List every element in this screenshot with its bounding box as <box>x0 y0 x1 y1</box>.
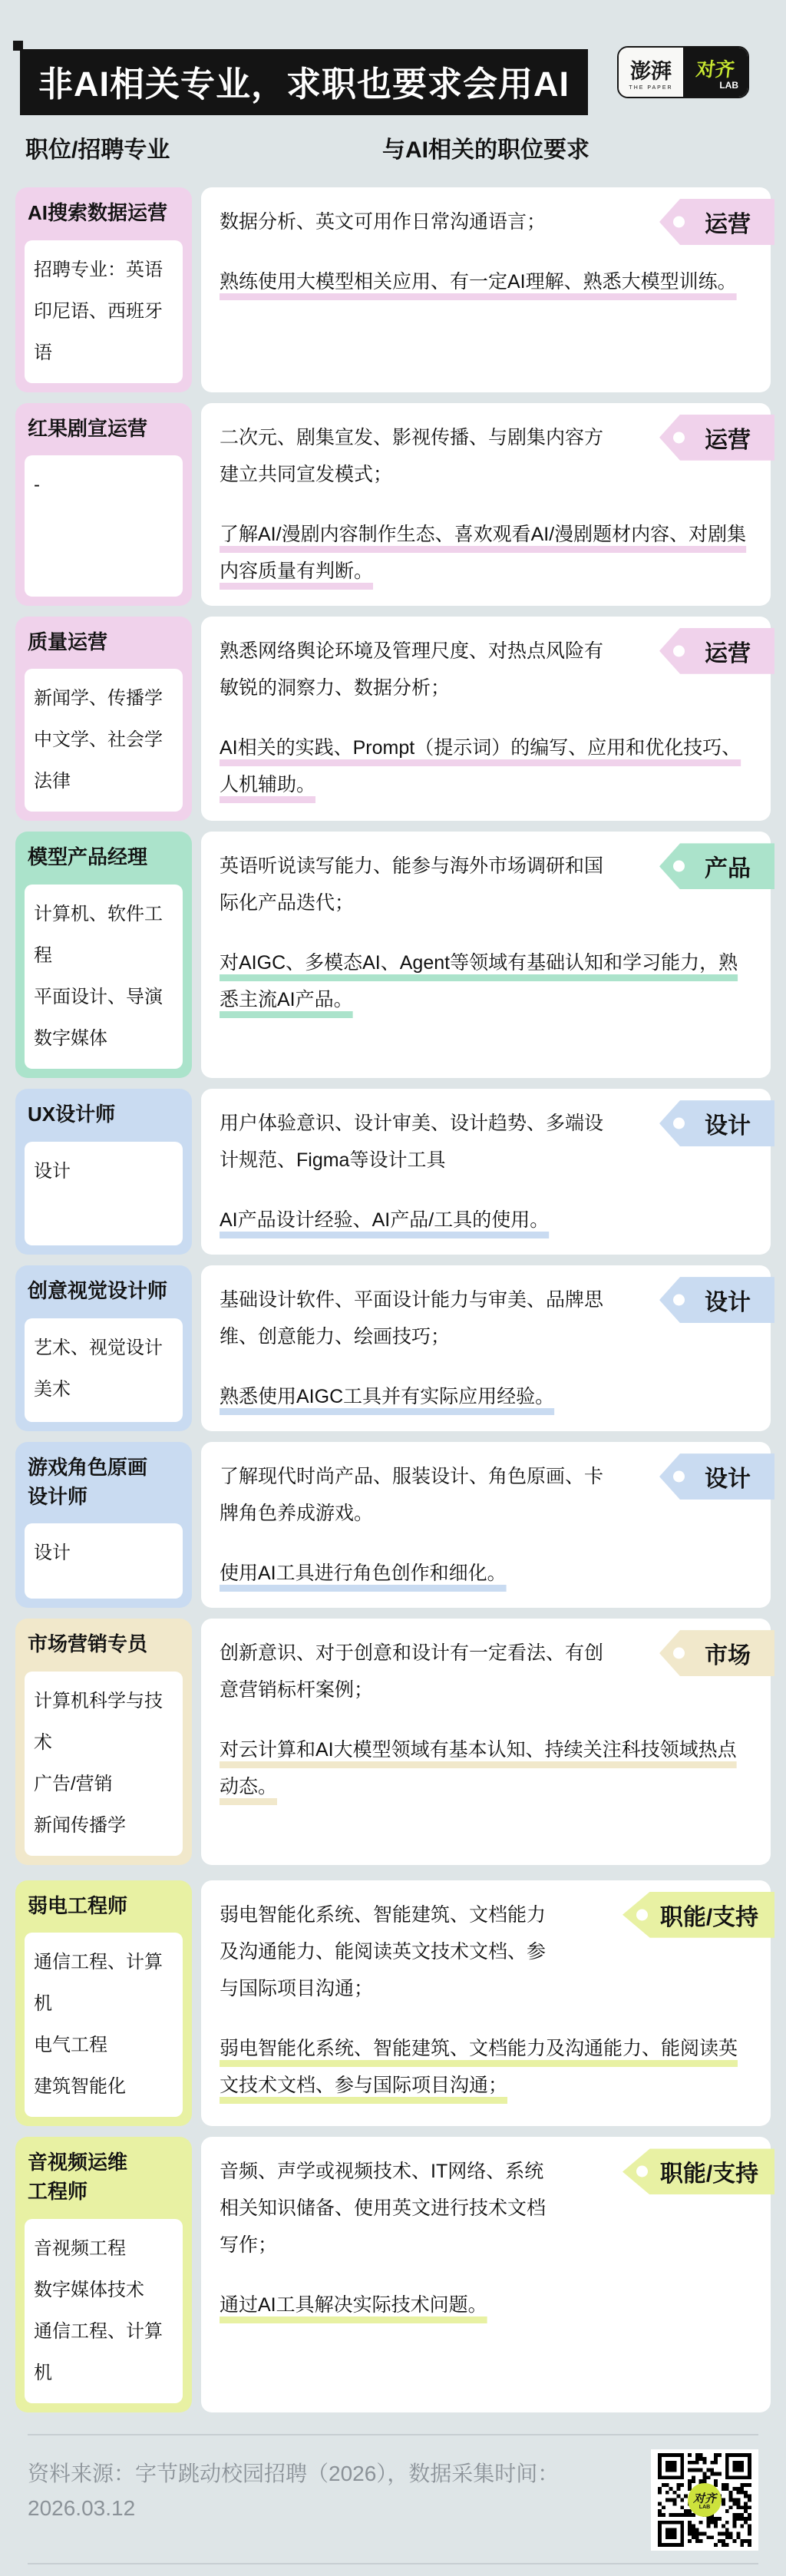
majors-list: 计算机科学与技术 广告/营销 新闻传播学 <box>34 1681 173 1847</box>
job-title: 模型产品经理 <box>28 843 180 872</box>
requirement-ai-highlighted: 熟练使用大模型相关应用、有一定AI理解、熟悉大模型训练。 <box>220 263 752 300</box>
logo-brand-subtext: THE PAPER <box>629 85 672 91</box>
job-title: 市场营销专员 <box>28 1630 180 1659</box>
thepaper-alignlab-logo: 澎湃 THE PAPER 对齐 LAB <box>617 46 749 98</box>
column-headers: 职位/招聘专业 与AI相关的职位要求 <box>15 131 771 164</box>
requirement-general: 用户体验意识、设计审美、设计趋势、多端设计规范、Figma等设计工具 <box>220 1105 614 1179</box>
job-title: AI搜索数据运营 <box>28 199 180 228</box>
job-card: 模型产品经理 计算机、软件工程 平面设计、导演 数字媒体 <box>15 832 192 1078</box>
logo-brand-text: 澎湃 <box>630 55 672 84</box>
requirements-card: 用户体验意识、设计审美、设计趋势、多端设计规范、Figma等设计工具 AI产品设… <box>201 1089 771 1255</box>
requirements-card: 音频、声学或视频技术、IT网络、系统相关知识储备、使用英文进行技术文档写作； 通… <box>201 2137 771 2412</box>
majors-list: 艺术、视觉设计 美术 <box>34 1328 173 1410</box>
job-row: 弱电工程师 通信工程、计算机 电气工程 建筑智能化 弱电智能化系统、智能建筑、文… <box>15 1880 771 2127</box>
title-bar: 非AI相关专业，求职也要求会用AI <box>20 49 588 115</box>
requirement-ai-highlighted: 对AIGC、多模态AI、Agent等领域有基础认知和学习能力，熟悉主流AI产品。 <box>220 944 752 1018</box>
category-tag-label: 职能/支持 <box>660 2154 758 2188</box>
footer: 资料来源：字节跳动校园招聘（2026），数据采集时间：2026.03.12 对齐… <box>15 2434 771 2564</box>
source-note: 资料来源：字节跳动校园招聘（2026），数据采集时间：2026.03.12 <box>28 2457 626 2526</box>
category-tag-label: 设计 <box>705 1460 751 1493</box>
requirements-card: 二次元、剧集宣发、影视传播、与剧集内容方建立共同宣发模式； 了解AI/漫剧内容制… <box>201 403 771 606</box>
job-row: UX设计师 设计 用户体验意识、设计审美、设计趋势、多端设计规范、Figma等设… <box>15 1089 771 1255</box>
logo-thepaper-half: 澎湃 THE PAPER <box>619 48 683 97</box>
qr-center-logo: 对齐 LAB <box>688 2483 722 2517</box>
requirement-general: 弱电智能化系统、智能建筑、文档能力及沟通能力、能阅读英文技术文档、参与国际项目沟… <box>220 1896 549 2007</box>
majors-box: 设计 <box>25 1523 183 1599</box>
job-card: UX设计师 设计 <box>15 1089 192 1255</box>
job-row: 市场营销专员 计算机科学与技术 广告/营销 新闻传播学 创新意识、对于创意和设计… <box>15 1619 771 1865</box>
requirement-general: 音频、声学或视频技术、IT网络、系统相关知识储备、使用英文进行技术文档写作； <box>220 2153 549 2264</box>
column-header-position: 职位/招聘专业 <box>15 131 201 164</box>
majors-box: 艺术、视觉设计 美术 <box>25 1318 183 1422</box>
requirement-general: 了解现代时尚产品、服装设计、角色原画、卡牌角色养成游戏。 <box>220 1458 614 1532</box>
majors-list: 设计 <box>34 1151 173 1192</box>
footer-row: 资料来源：字节跳动校园招聘（2026），数据采集时间：2026.03.12 对齐… <box>15 2435 771 2563</box>
infographic-page: 非AI相关专业，求职也要求会用AI 澎湃 THE PAPER 对齐 LAB 职位… <box>0 0 786 2576</box>
majors-list: 设计 <box>34 1533 173 1574</box>
category-tag: 产品 <box>659 843 774 889</box>
category-tag: 职能/支持 <box>623 2148 774 2194</box>
requirement-ai-highlighted: AI产品设计经验、AI产品/工具的使用。 <box>220 1202 752 1238</box>
requirements-card: 熟悉网络舆论环境及管理尺度、对热点风险有敏锐的洞察力、数据分析； AI相关的实践… <box>201 617 771 822</box>
category-tag: 设计 <box>659 1277 774 1323</box>
job-card: 创意视觉设计师 艺术、视觉设计 美术 <box>15 1265 192 1431</box>
majors-box: 音视频工程 数字媒体技术 通信工程、计算机 <box>25 2219 183 2403</box>
requirements-card: 基础设计软件、平面设计能力与审美、品牌思维、创意能力、绘画技巧； 熟悉使用AIG… <box>201 1265 771 1431</box>
job-row: 创意视觉设计师 艺术、视觉设计 美术 基础设计软件、平面设计能力与审美、品牌思维… <box>15 1265 771 1431</box>
requirement-ai-highlighted: 弱电智能化系统、智能建筑、文档能力及沟通能力、能阅读英文技术文档、参与国际项目沟… <box>220 2030 752 2104</box>
majors-box: - <box>25 455 183 596</box>
majors-list: 新闻学、传播学 中文学、社会学 法律 <box>34 678 173 802</box>
majors-list: 招聘专业：英语 印尼语、西班牙语 <box>34 250 173 374</box>
job-card: 质量运营 新闻学、传播学 中文学、社会学 法律 <box>15 617 192 822</box>
requirement-general: 熟悉网络舆论环境及管理尺度、对热点风险有敏锐的洞察力、数据分析； <box>220 633 614 706</box>
requirement-ai-highlighted: 对云计算和AI大模型领域有基本认知、持续关注科技领域热点动态。 <box>220 1731 752 1805</box>
requirement-general: 二次元、剧集宣发、影视传播、与剧集内容方建立共同宣发模式； <box>220 419 614 493</box>
job-row: 模型产品经理 计算机、软件工程 平面设计、导演 数字媒体 英语听说读写能力、能参… <box>15 832 771 1078</box>
requirement-ai-highlighted: 通过AI工具解决实际技术问题。 <box>220 2287 752 2323</box>
majors-list: - <box>34 465 173 506</box>
job-row: 游戏角色原画 设计师 设计 了解现代时尚产品、服装设计、角色原画、卡牌角色养成游… <box>15 1442 771 1608</box>
job-card: 弱电工程师 通信工程、计算机 电气工程 建筑智能化 <box>15 1880 192 2127</box>
logo-lab-text: 对齐 <box>695 55 736 82</box>
job-card: 市场营销专员 计算机科学与技术 广告/营销 新闻传播学 <box>15 1619 192 1865</box>
majors-box: 新闻学、传播学 中文学、社会学 法律 <box>25 669 183 812</box>
requirements-card: 创新意识、对于创意和设计有一定看法、有创意营销标杆案例； 对云计算和AI大模型领… <box>201 1619 771 1865</box>
requirement-ai-highlighted: 熟悉使用AIGC工具并有实际应用经验。 <box>220 1378 752 1415</box>
category-tag: 运营 <box>659 415 774 461</box>
job-row: 音视频运维 工程师 音视频工程 数字媒体技术 通信工程、计算机 音频、声学或视频… <box>15 2137 771 2412</box>
logo-lab-half: 对齐 LAB <box>683 48 748 97</box>
job-title: 弱电工程师 <box>28 1892 180 1921</box>
category-tag-label: 市场 <box>705 1636 751 1670</box>
category-tag-label: 运营 <box>705 421 751 455</box>
requirements-card: 数据分析、英文可用作日常沟通语言； 熟练使用大模型相关应用、有一定AI理解、熟悉… <box>201 187 771 392</box>
job-title: 质量运营 <box>28 628 180 657</box>
job-card: 游戏角色原画 设计师 设计 <box>15 1442 192 1608</box>
majors-box: 计算机科学与技术 广告/营销 新闻传播学 <box>25 1672 183 1856</box>
category-tag-label: 设计 <box>705 1106 751 1140</box>
category-tag: 运营 <box>659 199 774 245</box>
category-tag: 运营 <box>659 628 774 674</box>
requirements-card: 英语听说读写能力、能参与海外市场调研和国际化产品迭代； 对AIGC、多模态AI、… <box>201 832 771 1078</box>
category-tag-label: 职能/支持 <box>660 1898 758 1932</box>
majors-box: 计算机、软件工程 平面设计、导演 数字媒体 <box>25 885 183 1069</box>
category-tag-label: 设计 <box>705 1283 751 1317</box>
requirements-card: 弱电智能化系统、智能建筑、文档能力及沟通能力、能阅读英文技术文档、参与国际项目沟… <box>201 1880 771 2127</box>
column-header-requirements: 与AI相关的职位要求 <box>201 131 771 164</box>
category-tag: 职能/支持 <box>623 1892 774 1938</box>
job-title: 创意视觉设计师 <box>28 1277 180 1306</box>
requirement-general: 基础设计软件、平面设计能力与审美、品牌思维、创意能力、绘画技巧； <box>220 1281 614 1355</box>
requirements-card: 了解现代时尚产品、服装设计、角色原画、卡牌角色养成游戏。 使用AI工具进行角色创… <box>201 1442 771 1608</box>
job-title: 游戏角色原画 设计师 <box>28 1453 180 1511</box>
majors-list: 音视频工程 数字媒体技术 通信工程、计算机 <box>34 2228 173 2394</box>
requirement-ai-highlighted: AI相关的实践、Prompt（提示词）的编写、应用和优化技巧、人机辅助。 <box>220 729 752 803</box>
qr-code: 对齐 LAB <box>651 2449 758 2551</box>
job-rows: AI搜索数据运营 招聘专业：英语 印尼语、西班牙语 数据分析、英文可用作日常沟通… <box>15 187 771 2412</box>
job-row: 质量运营 新闻学、传播学 中文学、社会学 法律 熟悉网络舆论环境及管理尺度、对热… <box>15 617 771 822</box>
majors-box: 通信工程、计算机 电气工程 建筑智能化 <box>25 1933 183 2117</box>
majors-box: 设计 <box>25 1142 183 1245</box>
requirement-general: 英语听说读写能力、能参与海外市场调研和国际化产品迭代； <box>220 848 614 921</box>
majors-box: 招聘专业：英语 印尼语、西班牙语 <box>25 240 183 383</box>
header: 非AI相关专业，求职也要求会用AI 澎湃 THE PAPER 对齐 LAB <box>15 0 771 102</box>
requirement-ai-highlighted: 了解AI/漫剧内容制作生态、喜欢观看AI/漫剧题材内容、对剧集内容质量有判断。 <box>220 516 752 590</box>
category-tag: 设计 <box>659 1453 774 1500</box>
divider-bottom <box>28 2563 758 2564</box>
category-tag: 设计 <box>659 1100 774 1146</box>
majors-list: 计算机、软件工程 平面设计、导演 数字媒体 <box>34 894 173 1060</box>
category-tag-label: 运营 <box>705 634 751 668</box>
page-title: 非AI相关专业，求职也要求会用AI <box>38 56 570 106</box>
qr-logo-text: 对齐 <box>693 2490 716 2506</box>
job-card: 红果剧宣运营 - <box>15 403 192 606</box>
qr-logo-subtext: LAB <box>699 2505 710 2510</box>
job-row: AI搜索数据运营 招聘专业：英语 印尼语、西班牙语 数据分析、英文可用作日常沟通… <box>15 187 771 392</box>
requirement-general: 数据分析、英文可用作日常沟通语言； <box>220 203 614 240</box>
job-title: 音视频运维 工程师 <box>28 2148 180 2206</box>
job-title: UX设计师 <box>28 1100 180 1129</box>
category-tag-label: 产品 <box>705 849 751 883</box>
job-title: 红果剧宣运营 <box>28 415 180 444</box>
requirement-ai-highlighted: 使用AI工具进行角色创作和细化。 <box>220 1555 752 1592</box>
job-card: 音视频运维 工程师 音视频工程 数字媒体技术 通信工程、计算机 <box>15 2137 192 2412</box>
category-tag: 市场 <box>659 1630 774 1676</box>
category-tag-label: 运营 <box>705 205 751 239</box>
requirement-general: 创新意识、对于创意和设计有一定看法、有创意营销标杆案例； <box>220 1635 614 1708</box>
majors-list: 通信工程、计算机 电气工程 建筑智能化 <box>34 1942 173 2108</box>
job-row: 红果剧宣运营 - 二次元、剧集宣发、影视传播、与剧集内容方建立共同宣发模式； 了… <box>15 403 771 606</box>
job-card: AI搜索数据运营 招聘专业：英语 印尼语、西班牙语 <box>15 187 192 392</box>
